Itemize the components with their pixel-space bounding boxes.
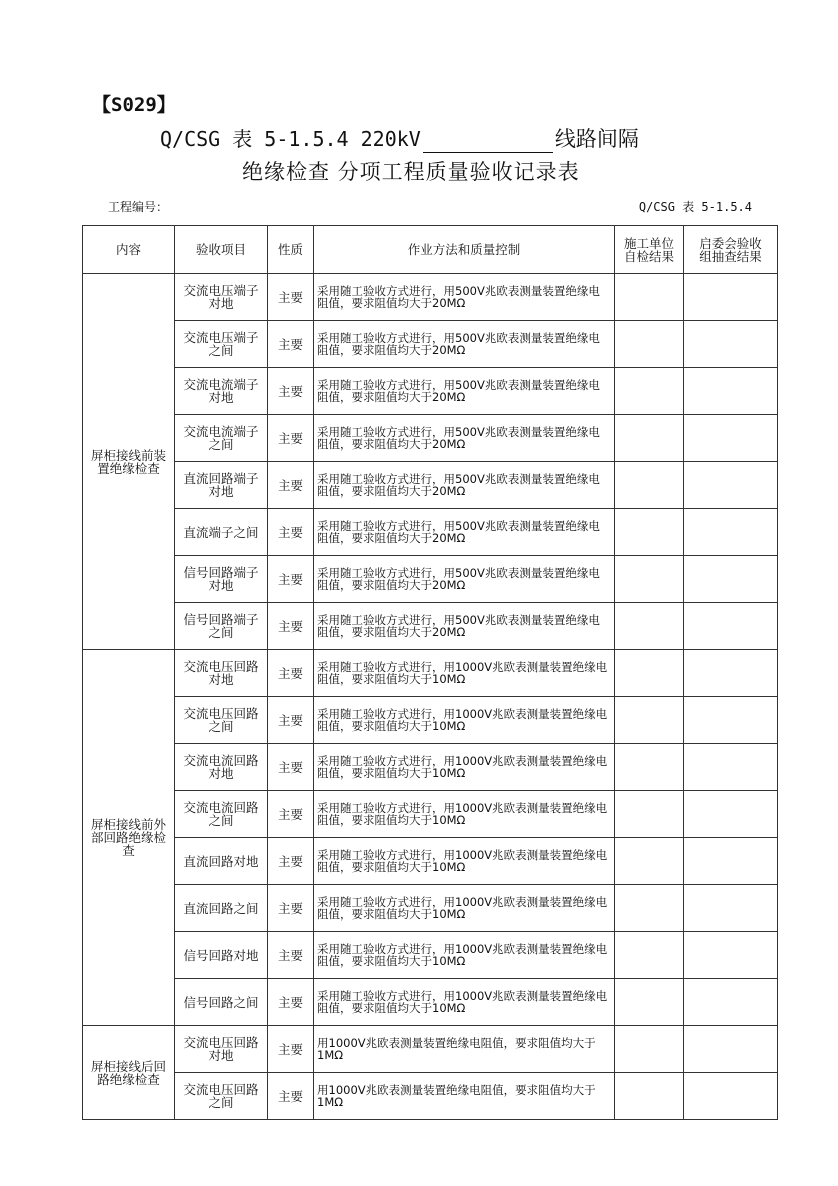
self-check-result-cell[interactable] xyxy=(615,462,684,509)
nature-cell: 主要 xyxy=(268,791,314,838)
method-cell: 用1000V兆欧表测量装置绝缘电阻值，要求阻值均大于1MΩ xyxy=(314,1073,615,1120)
self-check-result-cell[interactable] xyxy=(615,697,684,744)
acceptance-item: 交流电压回路对地 xyxy=(175,1026,268,1073)
header-self-check: 施工单位自检结果 xyxy=(615,226,684,274)
committee-result-cell[interactable] xyxy=(684,838,778,885)
nature-cell: 主要 xyxy=(268,603,314,650)
committee-result-cell[interactable] xyxy=(684,885,778,932)
table-row: 屏柜接线前外部回路绝缘检查交流电压回路对地主要采用随工验收方式进行，用1000V… xyxy=(83,650,778,697)
table-row: 直流端子之间主要采用随工验收方式进行，用500V兆欧表测量装置绝缘电阻值，要求阻… xyxy=(83,509,778,556)
nature-cell: 主要 xyxy=(268,650,314,697)
self-check-result-cell[interactable] xyxy=(615,274,684,321)
section-content: 屏柜接线后回路绝缘检查 xyxy=(83,1026,175,1120)
method-cell: 采用随工验收方式进行，用500V兆欧表测量装置绝缘电阻值，要求阻值均大于20MΩ xyxy=(314,321,615,368)
acceptance-item: 交流电压回路对地 xyxy=(175,650,268,697)
table-row: 交流电压回路之间主要采用随工验收方式进行，用1000V兆欧表测量装置绝缘电阻值，… xyxy=(83,697,778,744)
committee-result-cell[interactable] xyxy=(684,321,778,368)
self-check-result-cell[interactable] xyxy=(615,368,684,415)
table-row: 信号回路端子对地主要采用随工验收方式进行，用500V兆欧表测量装置绝缘电阻值，要… xyxy=(83,556,778,603)
acceptance-item: 交流电压回路之间 xyxy=(175,1073,268,1120)
method-cell: 采用随工验收方式进行，用500V兆欧表测量装置绝缘电阻值，要求阻值均大于20MΩ xyxy=(314,274,615,321)
nature-cell: 主要 xyxy=(268,838,314,885)
nature-cell: 主要 xyxy=(268,321,314,368)
committee-result-cell[interactable] xyxy=(684,1026,778,1073)
table-row: 信号回路端子之间主要采用随工验收方式进行，用500V兆欧表测量装置绝缘电阻值，要… xyxy=(83,603,778,650)
method-cell: 采用随工验收方式进行，用500V兆欧表测量装置绝缘电阻值，要求阻值均大于20MΩ xyxy=(314,368,615,415)
table-row: 屏柜接线后回路绝缘检查交流电压回路对地主要用1000V兆欧表测量装置绝缘电阻值，… xyxy=(83,1026,778,1073)
committee-result-cell[interactable] xyxy=(684,556,778,603)
table-row: 交流电流端子对地主要采用随工验收方式进行，用500V兆欧表测量装置绝缘电阻值，要… xyxy=(83,368,778,415)
header-content: 内容 xyxy=(83,226,175,274)
nature-cell: 主要 xyxy=(268,368,314,415)
acceptance-record-table: 内容 验收项目 性质 作业方法和质量控制 施工单位自检结果 启委会验收组抽查结果… xyxy=(82,225,778,1120)
self-check-result-cell[interactable] xyxy=(615,603,684,650)
section-content: 屏柜接线前外部回路绝缘检查 xyxy=(83,650,175,1026)
committee-result-cell[interactable] xyxy=(684,744,778,791)
acceptance-item: 信号回路之间 xyxy=(175,979,268,1026)
committee-result-cell[interactable] xyxy=(684,932,778,979)
committee-result-cell[interactable] xyxy=(684,1073,778,1120)
method-cell: 采用随工验收方式进行，用1000V兆欧表测量装置绝缘电阻值，要求阻值均大于10M… xyxy=(314,791,615,838)
committee-result-cell[interactable] xyxy=(684,462,778,509)
nature-cell: 主要 xyxy=(268,1073,314,1120)
method-cell: 采用随工验收方式进行，用500V兆欧表测量装置绝缘电阻值，要求阻值均大于20MΩ xyxy=(314,509,615,556)
title-line-1: Q/CSG 表 5-1.5.4 220kV线路间隔 xyxy=(160,123,639,153)
nature-cell: 主要 xyxy=(268,509,314,556)
committee-result-cell[interactable] xyxy=(684,509,778,556)
title-line-2: 绝缘检查 分项工程质量验收记录表 xyxy=(242,156,580,186)
table-row: 直流回路之间主要采用随工验收方式进行，用1000V兆欧表测量装置绝缘电阻值，要求… xyxy=(83,885,778,932)
self-check-result-cell[interactable] xyxy=(615,509,684,556)
project-number-label: 工程编号： xyxy=(108,198,168,215)
header-self-check-line2: 自检结果 xyxy=(624,249,674,264)
self-check-result-cell[interactable] xyxy=(615,321,684,368)
committee-result-cell[interactable] xyxy=(684,979,778,1026)
self-check-result-cell[interactable] xyxy=(615,415,684,462)
acceptance-item: 交流电流端子之间 xyxy=(175,415,268,462)
acceptance-item: 交流电压回路之间 xyxy=(175,697,268,744)
self-check-result-cell[interactable] xyxy=(615,885,684,932)
acceptance-item: 直流端子之间 xyxy=(175,509,268,556)
acceptance-item: 直流回路端子对地 xyxy=(175,462,268,509)
acceptance-item: 直流回路之间 xyxy=(175,885,268,932)
self-check-result-cell[interactable] xyxy=(615,791,684,838)
self-check-result-cell[interactable] xyxy=(615,556,684,603)
table-row: 交流电流回路对地主要采用随工验收方式进行，用1000V兆欧表测量装置绝缘电阻值，… xyxy=(83,744,778,791)
self-check-result-cell[interactable] xyxy=(615,979,684,1026)
method-cell: 用1000V兆欧表测量装置绝缘电阻值，要求阻值均大于1MΩ xyxy=(314,1026,615,1073)
acceptance-item: 交流电压端子之间 xyxy=(175,321,268,368)
header-item: 验收项目 xyxy=(175,226,268,274)
nature-cell: 主要 xyxy=(268,462,314,509)
method-cell: 采用随工验收方式进行，用500V兆欧表测量装置绝缘电阻值，要求阻值均大于20MΩ xyxy=(314,556,615,603)
table-row: 屏柜接线前装置绝缘检查交流电压端子对地主要采用随工验收方式进行，用500V兆欧表… xyxy=(83,274,778,321)
table-row: 交流电流端子之间主要采用随工验收方式进行，用500V兆欧表测量装置绝缘电阻值，要… xyxy=(83,415,778,462)
acceptance-item: 信号回路对地 xyxy=(175,932,268,979)
title-prefix: Q/CSG 表 5-1.5.4 220kV xyxy=(160,127,421,151)
method-cell: 采用随工验收方式进行，用500V兆欧表测量装置绝缘电阻值，要求阻值均大于20MΩ xyxy=(314,462,615,509)
method-cell: 采用随工验收方式进行，用1000V兆欧表测量装置绝缘电阻值，要求阻值均大于10M… xyxy=(314,979,615,1026)
header-committee-line2: 组抽查结果 xyxy=(699,249,762,264)
title-suffix: 线路间隔 xyxy=(555,127,639,151)
nature-cell: 主要 xyxy=(268,697,314,744)
committee-result-cell[interactable] xyxy=(684,603,778,650)
committee-result-cell[interactable] xyxy=(684,650,778,697)
form-code-label: 【S029】 xyxy=(92,90,176,117)
method-cell: 采用随工验收方式进行，用1000V兆欧表测量装置绝缘电阻值，要求阻值均大于10M… xyxy=(314,744,615,791)
nature-cell: 主要 xyxy=(268,979,314,1026)
method-cell: 采用随工验收方式进行，用1000V兆欧表测量装置绝缘电阻值，要求阻值均大于10M… xyxy=(314,697,615,744)
nature-cell: 主要 xyxy=(268,556,314,603)
table-row: 信号回路对地主要采用随工验收方式进行，用1000V兆欧表测量装置绝缘电阻值，要求… xyxy=(83,932,778,979)
method-cell: 采用随工验收方式进行，用500V兆欧表测量装置绝缘电阻值，要求阻值均大于20MΩ xyxy=(314,603,615,650)
method-cell: 采用随工验收方式进行，用1000V兆欧表测量装置绝缘电阻值，要求阻值均大于10M… xyxy=(314,885,615,932)
nature-cell: 主要 xyxy=(268,1026,314,1073)
committee-result-cell[interactable] xyxy=(684,368,778,415)
acceptance-item: 交流电流端子对地 xyxy=(175,368,268,415)
table-row: 信号回路之间主要采用随工验收方式进行，用1000V兆欧表测量装置绝缘电阻值，要求… xyxy=(83,979,778,1026)
self-check-result-cell[interactable] xyxy=(615,838,684,885)
self-check-result-cell[interactable] xyxy=(615,744,684,791)
nature-cell: 主要 xyxy=(268,274,314,321)
table-body: 屏柜接线前装置绝缘检查交流电压端子对地主要采用随工验收方式进行，用500V兆欧表… xyxy=(83,274,778,1120)
table-row: 直流回路端子对地主要采用随工验收方式进行，用500V兆欧表测量装置绝缘电阻值，要… xyxy=(83,462,778,509)
self-check-result-cell[interactable] xyxy=(615,650,684,697)
acceptance-item: 交流电流回路之间 xyxy=(175,791,268,838)
self-check-result-cell[interactable] xyxy=(615,932,684,979)
acceptance-item: 交流电流回路对地 xyxy=(175,744,268,791)
committee-result-cell[interactable] xyxy=(684,274,778,321)
header-committee: 启委会验收组抽查结果 xyxy=(684,226,778,274)
committee-result-cell[interactable] xyxy=(684,697,778,744)
self-check-result-cell[interactable] xyxy=(615,1073,684,1120)
nature-cell: 主要 xyxy=(268,932,314,979)
header-method: 作业方法和质量控制 xyxy=(314,226,615,274)
nature-cell: 主要 xyxy=(268,744,314,791)
acceptance-item: 信号回路端子之间 xyxy=(175,603,268,650)
section-content: 屏柜接线前装置绝缘检查 xyxy=(83,274,175,650)
line-name-blank-field[interactable] xyxy=(423,130,553,153)
committee-result-cell[interactable] xyxy=(684,415,778,462)
acceptance-item: 信号回路端子对地 xyxy=(175,556,268,603)
method-cell: 采用随工验收方式进行，用1000V兆欧表测量装置绝缘电阻值，要求阻值均大于10M… xyxy=(314,650,615,697)
nature-cell: 主要 xyxy=(268,885,314,932)
header-nature: 性质 xyxy=(268,226,314,274)
method-cell: 采用随工验收方式进行，用1000V兆欧表测量装置绝缘电阻值，要求阻值均大于10M… xyxy=(314,838,615,885)
form-code-right: Q/CSG 表 5-1.5.4 xyxy=(639,198,752,215)
table-row: 交流电流回路之间主要采用随工验收方式进行，用1000V兆欧表测量装置绝缘电阻值，… xyxy=(83,791,778,838)
nature-cell: 主要 xyxy=(268,415,314,462)
method-cell: 采用随工验收方式进行，用1000V兆欧表测量装置绝缘电阻值，要求阻值均大于10M… xyxy=(314,932,615,979)
table-row: 交流电压回路之间主要用1000V兆欧表测量装置绝缘电阻值，要求阻值均大于1MΩ xyxy=(83,1073,778,1120)
acceptance-item: 直流回路对地 xyxy=(175,838,268,885)
acceptance-item: 交流电压端子对地 xyxy=(175,274,268,321)
table-row: 交流电压端子之间主要采用随工验收方式进行，用500V兆欧表测量装置绝缘电阻值，要… xyxy=(83,321,778,368)
method-cell: 采用随工验收方式进行，用500V兆欧表测量装置绝缘电阻值，要求阻值均大于20MΩ xyxy=(314,415,615,462)
self-check-result-cell[interactable] xyxy=(615,1026,684,1073)
committee-result-cell[interactable] xyxy=(684,791,778,838)
table-row: 直流回路对地主要采用随工验收方式进行，用1000V兆欧表测量装置绝缘电阻值，要求… xyxy=(83,838,778,885)
table-header-row: 内容 验收项目 性质 作业方法和质量控制 施工单位自检结果 启委会验收组抽查结果 xyxy=(83,226,778,274)
